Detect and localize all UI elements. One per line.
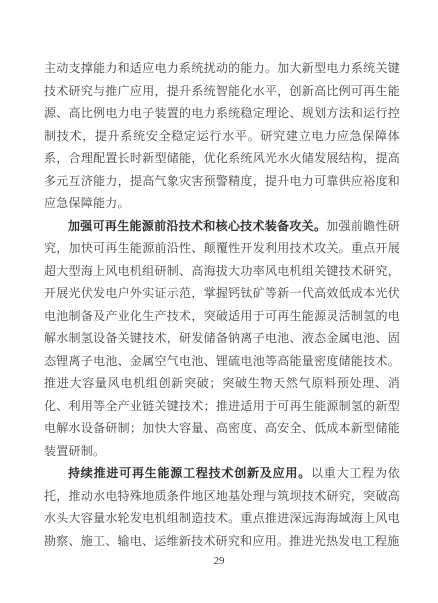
paragraph-engineering-innovation-lead: 持续推进可再生能源工程技术创新及应用。 (68, 466, 311, 480)
page-body-text: 主动支撑能力和适应电力系统扰动的能力。加大新型电力系统关键技术研究与推广应用，提… (44, 57, 400, 552)
paragraph-continuation-text: 主动支撑能力和适应电力系统扰动的能力。加大新型电力系统关键技术研究与推广应用，提… (44, 61, 400, 210)
paragraph-frontier-technology-lead: 加强可再生能源前沿技术和核心技术装备攻关。 (68, 219, 326, 233)
paragraph-frontier-technology-text: 加强前瞻性研究，加快可再生能源前沿性、颠覆性开发利用技术攻关。重点开展超大型海上… (44, 219, 400, 458)
paragraph-continuation: 主动支撑能力和适应电力系统扰动的能力。加大新型电力系统关键技术研究与推广应用，提… (44, 57, 400, 215)
document-page: 主动支撑能力和适应电力系统扰动的能力。加大新型电力系统关键技术研究与推广应用，提… (0, 0, 438, 603)
paragraph-engineering-innovation: 持续推进可再生能源工程技术创新及应用。以重大工程为依托，推动水电特殊地质条件地区… (44, 462, 400, 552)
paragraph-frontier-technology: 加强可再生能源前沿技术和核心技术装备攻关。加强前瞻性研究，加快可再生能源前沿性、… (44, 215, 400, 463)
page-number: 29 (0, 554, 438, 568)
